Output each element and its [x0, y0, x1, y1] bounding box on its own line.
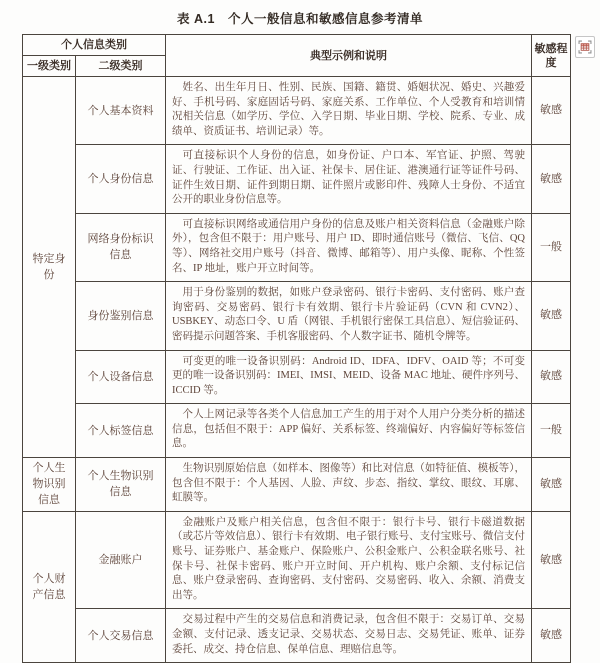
- sensitivity-cell: 敏感: [532, 511, 571, 609]
- table-row: 个人身份信息 可直接标识个人身份的信息，如身份证、户口本、军官证、护照、驾驶证、…: [23, 145, 571, 213]
- table-row: 个人设备信息 可变更的唯一设备识别码：Android ID、IDFA、IDFV、…: [23, 350, 571, 404]
- table-row: 个人交易信息 交易过程中产生的交易信息和消费记录，包含但不限于：交易订单、交易金…: [23, 609, 571, 663]
- sensitivity-cell: 敏感: [532, 77, 571, 145]
- description-cell: 可直接标识个人身份的信息，如身份证、户口本、军官证、护照、驾驶证、行驶证、工作证…: [166, 145, 532, 213]
- header-sensitivity: 敏感程度: [532, 35, 571, 77]
- sensitivity-cell: 敏感: [532, 609, 571, 663]
- description-cell: 用于身份鉴别的数据，如账户登录密码、银行卡密码、支付密码、账户查询密码、交易密码…: [166, 282, 532, 350]
- group-cell-specific-identity: 特定身份: [23, 77, 76, 458]
- description-cell: 可变更的唯一设备识别码：Android ID、IDFA、IDFV、OAID 等；…: [166, 350, 532, 404]
- description-cell: 姓名、出生年月日、性别、民族、国籍、籍贯、婚姻状况、婚史、兴趣爱好、手机号码、家…: [166, 77, 532, 145]
- category-cell: 个人身份信息: [76, 145, 166, 213]
- table-capture-icon: [578, 40, 592, 54]
- category-cell: 金融账户: [76, 511, 166, 609]
- table-row: 个人标签信息 个人上网记录等各类个人信息加工产生的用于对个人用户分类分析的描述信…: [23, 404, 571, 458]
- sensitivity-cell: 敏感: [532, 282, 571, 350]
- header-row-1: 个人信息类别 典型示例和说明 敏感程度: [23, 35, 571, 56]
- sensitivity-cell: 敏感: [532, 145, 571, 213]
- description-cell: 交易过程中产生的交易信息和消费记录，包含但不限于：交易订单、交易金额、支付记录、…: [166, 609, 532, 663]
- table-row: 网络身份标识信息 可直接标识网络或通信用户身份的信息及账户相关资料信息（金融账户…: [23, 213, 571, 281]
- description-cell: 生物识别原始信息（如样本、图像等）和比对信息（如特征值、模板等），包含但不限于：…: [166, 458, 532, 512]
- category-cell: 网络身份标识信息: [76, 213, 166, 281]
- group-cell-biometric: 个人生物识别信息: [23, 458, 76, 512]
- category-cell: 个人生物识别信息: [76, 458, 166, 512]
- sensitivity-cell: 一般: [532, 404, 571, 458]
- table-row: 身份鉴别信息 用于身份鉴别的数据，如账户登录密码、银行卡密码、支付密码、账户查询…: [23, 282, 571, 350]
- sensitivity-cell: 敏感: [532, 458, 571, 512]
- category-cell: 个人设备信息: [76, 350, 166, 404]
- category-cell: 个人基本资料: [76, 77, 166, 145]
- table-row: 个人生物识别信息 个人生物识别信息 生物识别原始信息（如样本、图像等）和比对信息…: [23, 458, 571, 512]
- header-level1: 一级类别: [23, 56, 76, 77]
- sensitivity-cell: 敏感: [532, 350, 571, 404]
- table-row: 特定身份 个人基本资料 姓名、出生年月日、性别、民族、国籍、籍贯、婚姻状况、婚史…: [23, 77, 571, 145]
- sensitivity-cell: 一般: [532, 213, 571, 281]
- category-cell: 个人交易信息: [76, 609, 166, 663]
- table-row: 个人财产信息 金融账户 金融账户及账户相关信息，包含但不限于：银行卡号、银行卡磁…: [23, 511, 571, 609]
- header-category: 个人信息类别: [23, 35, 166, 56]
- category-cell: 身份鉴别信息: [76, 282, 166, 350]
- page-title: 表 A.1 个人一般信息和敏感信息参考清单: [0, 0, 600, 27]
- personal-info-table: 个人信息类别 典型示例和说明 敏感程度 一级类别 二级类别 特定身份 个人基本资…: [22, 34, 571, 663]
- description-cell: 个人上网记录等各类个人信息加工产生的用于对个人用户分类分析的描述信息，包括但不限…: [166, 404, 532, 458]
- group-cell-property: 个人财产信息: [23, 511, 76, 662]
- header-examples: 典型示例和说明: [166, 35, 532, 77]
- category-cell: 个人标签信息: [76, 404, 166, 458]
- table-capture-button[interactable]: [575, 36, 595, 58]
- header-level2: 二级类别: [76, 56, 166, 77]
- description-cell: 金融账户及账户相关信息，包含但不限于：银行卡号、银行卡磁道数据（或芯片等效信息）…: [166, 511, 532, 609]
- description-cell: 可直接标识网络或通信用户身份的信息及账户相关资料信息（金融账户除外），包含但不限…: [166, 213, 532, 281]
